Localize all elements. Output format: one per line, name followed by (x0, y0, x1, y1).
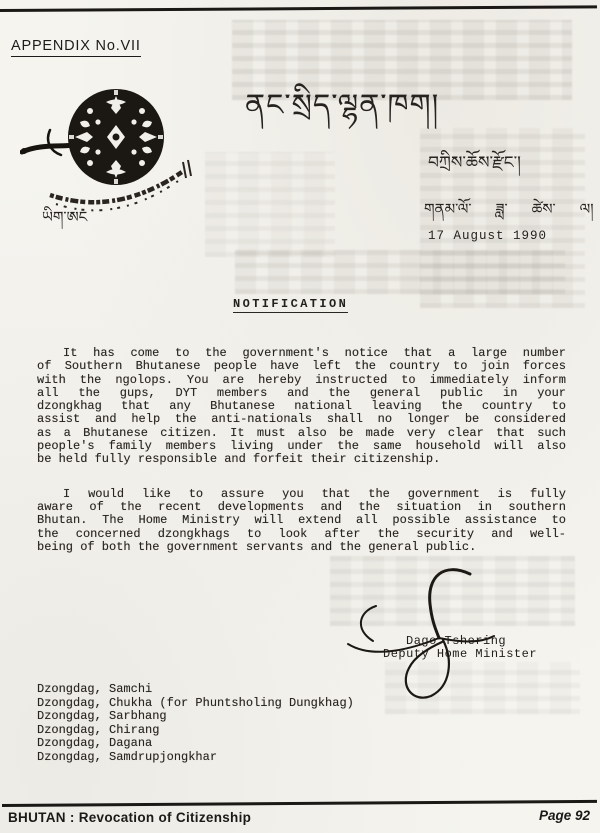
appendix-label: APPENDIX No.VII (11, 38, 141, 57)
body-line: of Southern Bhutanese people have left t… (37, 360, 566, 373)
bleed-through-text (205, 152, 335, 257)
ministry-seal (20, 84, 192, 216)
body-paragraph-2: I would like to assure you that the gove… (37, 488, 566, 554)
signature-flourish (332, 562, 517, 712)
footer-caption: BHUTAN : Revocation of Citizenship (8, 810, 251, 825)
bleed-through-text (232, 20, 572, 100)
tibetan-date-template: གནམ་ལོ་ ཟླ་ ཚེས་ ལ། (424, 203, 594, 220)
date-line: 17 August 1990 (428, 229, 547, 243)
body-line: dzongkhag that any Bhutanese national le… (37, 400, 566, 413)
body-line: being of both the government servants an… (37, 541, 566, 554)
addressee-item: Dzongdag, Chukha (for Phuntsholing Dungk… (37, 697, 354, 711)
body-line: all the gups, DYT members and the genera… (37, 387, 566, 400)
body-line: I would like to assure you that the gove… (37, 488, 566, 501)
body-line: the concerned dzongkhags to look after t… (37, 528, 566, 541)
addressee-item: Dzongdag, Samdrupjongkhar (37, 751, 354, 765)
letter-body: It has come to the government's notice t… (37, 347, 566, 554)
body-line: assist and help the anti-nationals shall… (37, 413, 566, 426)
bleed-through-text (235, 250, 565, 294)
tibetan-ref-no-label: ཡིག་ཨང (42, 211, 87, 228)
seal-shad-marks (183, 160, 191, 178)
body-line: as a Bhutanese citizen. It must also be … (37, 427, 566, 440)
tibetan-place-line: བཀྲིས་ཆོས་རྫོང་། (428, 156, 521, 175)
addressee-item: Dzongdag, Chirang (37, 724, 354, 738)
addressee-list: Dzongdag, Samchi Dzongdag, Chukha (for P… (37, 683, 354, 765)
scanned-letter-page: APPENDIX No.VII (0, 0, 600, 833)
addressee-item: Dzongdag, Dagana (37, 737, 354, 751)
addressee-item: Dzongdag, Samchi (37, 683, 354, 697)
body-line: Bhutan. The Home Ministry will extend al… (37, 514, 566, 527)
addressee-item: Dzongdag, Sarbhang (37, 710, 354, 724)
body-line: be held fully responsible and forfeit th… (37, 453, 566, 466)
footer-rule (2, 800, 597, 807)
notification-heading: NOTIFICATION (233, 297, 348, 313)
body-paragraph-1: It has come to the government's notice t… (37, 347, 566, 467)
body-line: with the ngolops. You are hereby instruc… (37, 374, 566, 387)
footer-page-number: Page 92 (539, 808, 590, 823)
tibetan-ministry-title: ནང་སྲིད་ལྷན་ཁག། (245, 92, 439, 125)
body-line: aware of the recent developments and the… (37, 501, 566, 514)
body-line: It has come to the government's notice t… (37, 347, 566, 360)
top-rule (0, 5, 597, 12)
body-line: people's family members living under the… (37, 440, 566, 453)
